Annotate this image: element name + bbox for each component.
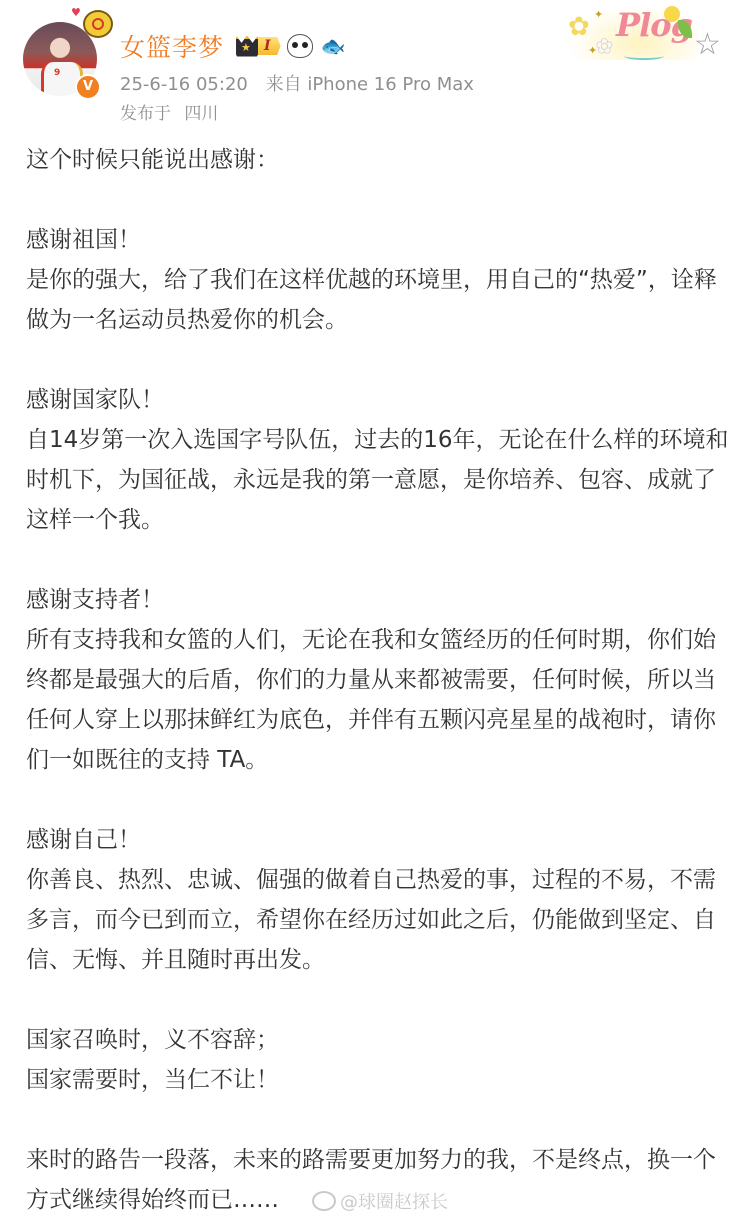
slogan-line: 国家召唤时，义不容辞； (26, 1020, 732, 1060)
name-row: 女篮李梦 I 🐟 (120, 30, 345, 62)
post-meta: 25-6-16 05:20 来自 iPhone 16 Pro Max (120, 70, 474, 96)
slogan-line: 国家需要时，当仁不让！ (26, 1060, 732, 1100)
vip-level: I (258, 37, 281, 55)
flower-icon: ✿ (596, 34, 613, 58)
paragraph-gap (26, 1100, 732, 1140)
vip-badge[interactable]: I (236, 36, 281, 57)
weibo-logo-icon (312, 1191, 336, 1211)
star-outline-icon[interactable]: ☆ (694, 30, 721, 60)
section-text: 所有支持我和女篮的人们，无论在我和女篮经历的任何时期，你们始终都是最强大的后盾，… (26, 620, 732, 780)
flower-icon: ✿ (568, 12, 590, 42)
avatar-pendant-icon (83, 10, 113, 38)
avatar[interactable]: 9 ♥ V (23, 22, 97, 96)
section-heading: 感谢支持者！ (26, 580, 732, 620)
timestamp: 25-6-16 05:20 (120, 74, 248, 95)
post-body: 这个时候只能说出感谢： 感谢祖国！ 是你的强大，给了我们在这样优越的环境里，用自… (26, 140, 732, 1219)
crown-icon (236, 36, 258, 57)
section-text: 你善良、热烈、忠诚、倔强的做着自己热爱的事，过程的不易，不需多言，而今已到而立，… (26, 860, 732, 980)
koi-fish-icon[interactable]: 🐟 (321, 36, 346, 56)
paragraph-gap (26, 780, 732, 820)
sparkle-icon: ✦ (594, 8, 603, 21)
username[interactable]: 女篮李梦 (120, 28, 224, 64)
plog-sticker: ✿ ✦ ✦ ✿ Plog (566, 4, 698, 60)
paragraph-gap (26, 540, 732, 580)
panda-icon[interactable] (287, 34, 313, 58)
location-value: 四川 (184, 104, 218, 124)
heart-icon: ♥ (71, 6, 81, 19)
section-heading: 感谢自己！ (26, 820, 732, 860)
post-location: 发布于 四川 (120, 99, 218, 124)
paragraph-gap (26, 980, 732, 1020)
section-heading: 感谢祖国！ (26, 220, 732, 260)
paragraph-gap (26, 180, 732, 220)
post-source: 来自 iPhone 16 Pro Max (266, 74, 474, 95)
section-text: 自14岁第一次入选国字号队伍，过去的16年，无论在什么样的环境和时机下，为国征战… (26, 420, 732, 540)
location-label: 发布于 (120, 104, 171, 124)
verified-v-icon: V (75, 74, 101, 100)
intro-line: 这个时候只能说出感谢： (26, 140, 732, 180)
watermark: @球圈赵探长 (312, 1188, 448, 1214)
section-text: 是你的强大，给了我们在这样优越的环境里，用自己的“热爱”，诠释做为一名运动员热爱… (26, 260, 732, 340)
section-heading: 感谢国家队！ (26, 380, 732, 420)
paragraph-gap (26, 340, 732, 380)
jersey-number: 9 (54, 68, 60, 78)
post-header: 9 ♥ V 女篮李梦 I 🐟 25-6-16 05:20 来自 iPhone 1… (0, 0, 750, 130)
watermark-text: @球圈赵探长 (340, 1188, 448, 1214)
swirl-icon (624, 52, 664, 60)
